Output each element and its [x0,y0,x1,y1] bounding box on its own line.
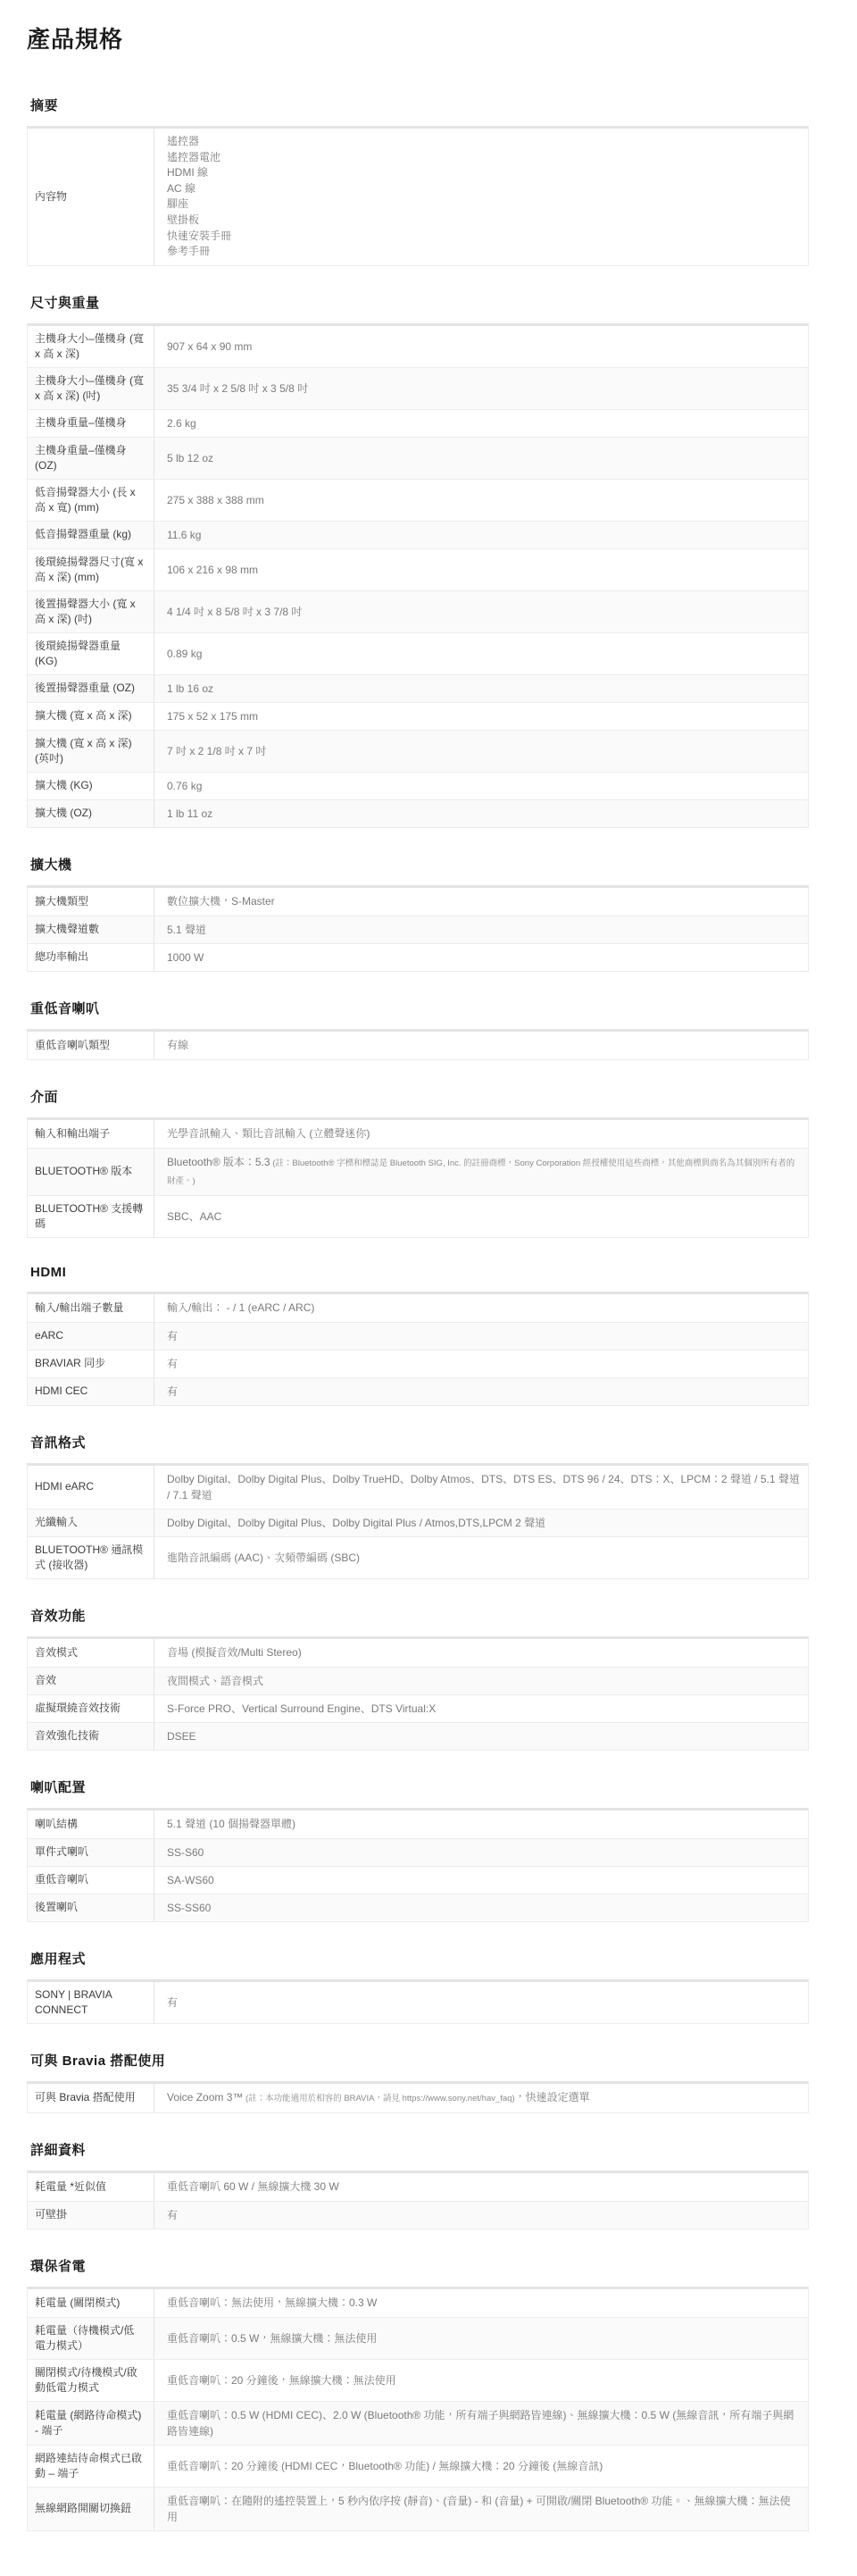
spec-value: Dolby Digital、Dolby Digital Plus、Dolby D… [167,1515,801,1531]
spec-label-cell: 主機身大小–僅機身 (寬 x 高 x 深) [28,326,154,367]
spec-value-cell: 數位擴大機，S-Master [154,888,808,916]
spec-label: 擴大機 (KG) [35,778,145,793]
spec-value-cell: Bluetooth® 版本：5.3 (註：Bluetooth® 字標和標誌是 B… [154,1149,808,1195]
spec-row: 低音揚聲器重量 (kg) 11.6 kg [28,521,808,548]
spec-row: 擴大機 (寬 x 高 x 深) (英吋) 7 吋 x 2 1/8 吋 x 7 吋 [28,730,808,772]
spec-label-cell: 重低音喇叭類型 [28,1032,154,1059]
spec-row: eARC 有 [28,1322,808,1350]
spec-label: 喇叭結構 [35,1817,145,1832]
spec-row: 總功率輸出 1000 W [28,943,808,971]
spec-label: SONY | BRAVIA CONNECT [35,1987,145,2018]
spec-value: 1000 W [167,949,801,966]
spec-label-cell: 擴大機 (寬 x 高 x 深) (英吋) [28,731,154,772]
spec-value-cell: 有線 [154,1032,808,1059]
section-title: 擴大機 [30,855,809,874]
spec-label-cell: 擴大機 (KG) [28,773,154,799]
spec-label-cell: 後環繞揚聲器尺寸(寬 x 高 x 深) (mm) [28,549,154,590]
spec-section: 詳細資料 耗電量 *近似值 重低音喇叭 60 W / 無線擴大機 30 W 可壁… [27,2140,809,2229]
spec-value-cell: 1 lb 11 oz [154,800,808,827]
spec-section: 擴大機 擴大機類型 數位擴大機，S-Master 擴大機聲道數 5.1 聲道 總… [27,855,809,972]
spec-row: BLUETOOTH® 通訊模式 (接收器) 進階音訊編碼 (AAC)、次頻帶編碼… [28,1536,808,1578]
spec-label-cell: 可與 Bravia 搭配使用 [28,2084,154,2112]
spec-value-cell: 重低音喇叭：20 分鐘後，無線擴大機：無法使用 [154,2360,808,2401]
spec-value: 重低音喇叭：0.5 W，無線擴大機：無法使用 [167,2330,801,2346]
spec-label: 擴大機類型 [35,894,145,909]
spec-label: 輸入和輸出端子 [35,1126,145,1142]
spec-value-line: 腳座 [167,197,801,213]
spec-value-cell: 106 x 216 x 98 mm [154,549,808,590]
spec-label: 輸入/輸出端子數量 [35,1301,145,1316]
spec-value: 數位擴大機，S-Master [167,893,801,909]
spec-value: SBC、AAC [167,1209,801,1225]
spec-label: 後環繞揚聲器尺寸(寬 x 高 x 深) (mm) [35,555,145,585]
spec-label-cell: 後環繞揚聲器重量 (KG) [28,633,154,674]
spec-value-cell: 重低音喇叭：無法使用，無線擴大機：0.3 W [154,2289,808,2317]
spec-row: 主機身大小–僅機身 (寬 x 高 x 深) 907 x 64 x 90 mm [28,326,808,367]
spec-value-cell: Dolby Digital、Dolby Digital Plus、Dolby D… [154,1510,808,1536]
spec-label-cell: 總功率輸出 [28,944,154,971]
spec-footnote: (註：本功能適用於相容的 BRAVIA，請見 https://www.sony.… [243,2094,514,2103]
spec-label: 主機身大小–僅機身 (寬 x 高 x 深) [35,331,145,362]
spec-value: 2.6 kg [167,415,801,431]
spec-row: 擴大機 (寬 x 高 x 深) 175 x 52 x 175 mm [28,702,808,730]
page-title: 產品規格 [27,21,809,54]
spec-value: 11.6 kg [167,527,801,543]
spec-table: 可與 Bravia 搭配使用 Voice Zoom 3™ (註：本功能適用於相容… [27,2081,809,2113]
spec-row: HDMI eARC Dolby Digital、Dolby Digital Pl… [28,1466,808,1509]
spec-label-cell: 虛擬環繞音效技術 [28,1695,154,1722]
spec-value-cell: 5 lb 12 oz [154,438,808,479]
spec-value: 有 [167,2207,801,2223]
spec-value: 106 x 216 x 98 mm [167,562,801,578]
spec-value: 1 lb 16 oz [167,681,801,697]
spec-value: Bluetooth® 版本：5.3 (註：Bluetooth® 字標和標誌是 B… [167,1154,801,1190]
spec-value: 5 lb 12 oz [167,450,801,466]
spec-label-cell: 輸入/輸出端子數量 [28,1294,154,1322]
spec-label: 主機身大小–僅機身 (寬 x 高 x 深) (吋) [35,373,145,404]
spec-value: 有線 [167,1037,801,1053]
spec-value-cell: 275 x 388 x 388 mm [154,480,808,521]
spec-label-cell: BLUETOOTH® 版本 [28,1149,154,1195]
spec-value: S-Force PRO、Vertical Surround Engine、DTS… [167,1701,801,1717]
spec-table: 內容物 遙控器遙控器電池HDMI 線AC 線腳座壁掛板快速安裝手冊參考手冊 [27,126,809,266]
spec-value-cell: 7 吋 x 2 1/8 吋 x 7 吋 [154,731,808,772]
spec-value-cell: 重低音喇叭：在隨附的遙控裝置上，5 秒內依序按 (靜音)、(音量) - 和 (音… [154,2488,808,2530]
spec-value-cell: 5.1 聲道 (10 個揚聲器單體) [154,1811,808,1838]
spec-row: 主機身重量–僅機身 2.6 kg [28,409,808,437]
spec-value-cell: 有 [154,1323,808,1350]
spec-section: 音訊格式 HDMI eARC Dolby Digital、Dolby Digit… [27,1433,809,1579]
spec-value: 重低音喇叭：20 分鐘後，無線擴大機：無法使用 [167,2372,801,2388]
spec-value: 光學音訊輸入、類比音訊輸入 (立體聲迷你) [167,1125,801,1142]
spec-table: 重低音喇叭類型 有線 [27,1029,809,1060]
spec-value-cell: 重低音喇叭：0.5 W，無線擴大機：無法使用 [154,2318,808,2359]
spec-section: 喇叭配置 喇叭結構 5.1 聲道 (10 個揚聲器單體) 單件式喇叭 SS-S6… [27,1777,809,1922]
spec-label: BLUETOOTH® 通訊模式 (接收器) [35,1543,145,1573]
spec-label: 低音揚聲器大小 (長 x 高 x 寬) (mm) [35,485,145,515]
spec-label-cell: 耗電量 (關閉模式) [28,2289,154,2317]
spec-label: 音效 [35,1673,145,1688]
spec-value-cell: 有 [154,1982,808,2023]
spec-value-cell: SA-WS60 [154,1867,808,1894]
spec-section: 應用程式 SONY | BRAVIA CONNECT 有 [27,1949,809,2024]
spec-value-cell: 0.89 kg [154,633,808,674]
spec-label: 擴大機 (寬 x 高 x 深) (英吋) [35,736,145,766]
spec-label-cell: BLUETOOTH® 支援轉碼 [28,1196,154,1237]
spec-row: 耗電量 (網路待命模式) - 端子 重低音喇叭：0.5 W (HDMI CEC)… [28,2401,808,2445]
spec-value: SA-WS60 [167,1872,801,1888]
spec-label: 光纖輸入 [35,1515,145,1530]
spec-label: 擴大機 (寬 x 高 x 深) [35,708,145,723]
spec-row: 單件式喇叭 SS-S60 [28,1838,808,1866]
spec-label: 後置揚聲器大小 (寬 x 高 x 深) (吋) [35,597,145,627]
spec-label: 低音揚聲器重量 (kg) [35,527,145,542]
spec-row: 重低音喇叭 SA-WS60 [28,1866,808,1894]
spec-value-cell: Voice Zoom 3™ (註：本功能適用於相容的 BRAVIA，請見 htt… [154,2084,808,2112]
section-title: 介面 [30,1087,809,1106]
spec-value: 音場 (模擬音效/Multi Stereo) [167,1644,801,1660]
spec-value: 5.1 聲道 [167,922,801,938]
spec-label-cell: 擴大機類型 [28,888,154,916]
spec-table: SONY | BRAVIA CONNECT 有 [27,1979,809,2024]
spec-label: 總功率輸出 [35,949,145,965]
spec-value: 1 lb 11 oz [167,806,801,822]
spec-value: 35 3/4 吋 x 2 5/8 吋 x 3 5/8 吋 [167,381,801,397]
spec-table: 擴大機類型 數位擴大機，S-Master 擴大機聲道數 5.1 聲道 總功率輸出… [27,885,809,972]
spec-row: 音效模式 音場 (模擬音效/Multi Stereo) [28,1639,808,1667]
spec-value: DSEE [167,1728,801,1744]
spec-label: 後環繞揚聲器重量 (KG) [35,639,145,669]
spec-row: 低音揚聲器大小 (長 x 高 x 寬) (mm) 275 x 388 x 388… [28,479,808,521]
spec-value-cell: 重低音喇叭：20 分鐘後 (HDMI CEC，Bluetooth® 功能) / … [154,2446,808,2487]
spec-value: 輸入/輸出： - / 1 (eARC / ARC) [167,1300,801,1316]
spec-section: 尺寸與重量 主機身大小–僅機身 (寬 x 高 x 深) 907 x 64 x 9… [27,293,809,828]
spec-value-cell: 遙控器遙控器電池HDMI 線AC 線腳座壁掛板快速安裝手冊參考手冊 [154,129,808,265]
spec-value-line: AC 線 [167,181,801,197]
spec-label: 重低音喇叭 [35,1872,145,1887]
spec-value: 有 [167,1995,801,2011]
spec-label-cell: 擴大機 (OZ) [28,800,154,827]
spec-label-cell: HDMI eARC [28,1466,154,1509]
spec-value-line: 壁掛板 [167,213,801,229]
spec-label: 主機身重量–僅機身 [35,415,145,431]
spec-label: 耗電量 (網路待命模式) - 端子 [35,2408,145,2438]
spec-label-cell: 主機身大小–僅機身 (寬 x 高 x 深) (吋) [28,368,154,409]
spec-value-line: HDMI 線 [167,165,801,181]
spec-label: 耗電量 *近似值 [35,2179,145,2195]
spec-section: 可與 Bravia 搭配使用 可與 Bravia 搭配使用 Voice Zoom… [27,2051,809,2113]
spec-row: 耗電量（待機模式/低電力模式） 重低音喇叭：0.5 W，無線擴大機：無法使用 [28,2317,808,2359]
spec-row: 後環繞揚聲器尺寸(寬 x 高 x 深) (mm) 106 x 216 x 98 … [28,548,808,590]
spec-value-cell: DSEE [154,1723,808,1750]
section-title: 應用程式 [30,1949,809,1968]
spec-label-cell: 喇叭結構 [28,1811,154,1838]
spec-row: 耗電量 (關閉模式) 重低音喇叭：無法使用，無線擴大機：0.3 W [28,2289,808,2317]
spec-section: HDMI 輸入/輸出端子數量 輸入/輸出： - / 1 (eARC / ARC)… [27,1265,809,1406]
spec-value-cell: 光學音訊輸入、類比音訊輸入 (立體聲迷你) [154,1120,808,1148]
section-title: 尺寸與重量 [30,293,809,312]
spec-label-cell: 擴大機 (寬 x 高 x 深) [28,703,154,730]
spec-label-cell: 主機身重量–僅機身 [28,410,154,437]
spec-value-part: ，快速設定選單 [515,2091,590,2103]
spec-label-cell: 擴大機聲道數 [28,916,154,943]
spec-table: HDMI eARC Dolby Digital、Dolby Digital Pl… [27,1463,809,1579]
spec-value-cell: 夜間模式、語音模式 [154,1668,808,1694]
spec-row: 輸入/輸出端子數量 輸入/輸出： - / 1 (eARC / ARC) [28,1294,808,1322]
spec-label-cell: 低音揚聲器大小 (長 x 高 x 寬) (mm) [28,480,154,521]
spec-label: HDMI eARC [35,1479,145,1494]
spec-label: 耗電量（待機模式/低電力模式） [35,2323,145,2354]
spec-value: 重低音喇叭：無法使用，無線擴大機：0.3 W [167,2295,801,2311]
spec-value-cell: 4 1/4 吋 x 8 5/8 吋 x 3 7/8 吋 [154,591,808,632]
spec-value-cell: 2.6 kg [154,410,808,437]
spec-label-cell: 無線網路開關切換鈕 [28,2488,154,2530]
spec-value-cell: 有 [154,1351,808,1377]
spec-value: 5.1 聲道 (10 個揚聲器單體) [167,1816,801,1832]
spec-label: 音效模式 [35,1645,145,1660]
spec-value-cell: 907 x 64 x 90 mm [154,326,808,367]
spec-row: 後環繞揚聲器重量 (KG) 0.89 kg [28,632,808,674]
spec-row: 後置揚聲器大小 (寬 x 高 x 深) (吋) 4 1/4 吋 x 8 5/8 … [28,590,808,632]
spec-value-cell: 重低音喇叭 60 W / 無線擴大機 30 W [154,2173,808,2201]
section-title: 詳細資料 [30,2140,809,2159]
spec-value-cell: 輸入/輸出： - / 1 (eARC / ARC) [154,1294,808,1322]
spec-row: 音效 夜間模式、語音模式 [28,1667,808,1694]
spec-row: 網路連結待命模式已啟動 – 端子 重低音喇叭：20 分鐘後 (HDMI CEC，… [28,2445,808,2487]
spec-value: SS-SS60 [167,1900,801,1916]
spec-value: 0.76 kg [167,778,801,794]
product-spec-page: 產品規格 摘要 內容物 遙控器遙控器電池HDMI 線AC 線腳座壁掛板快速安裝手… [0,0,857,2576]
spec-table: 喇叭結構 5.1 聲道 (10 個揚聲器單體) 單件式喇叭 SS-S60 重低音… [27,1808,809,1922]
spec-section: 摘要 內容物 遙控器遙控器電池HDMI 線AC 線腳座壁掛板快速安裝手冊參考手冊 [27,96,809,266]
spec-value-cell: SS-S60 [154,1839,808,1866]
spec-row: 擴大機 (KG) 0.76 kg [28,772,808,799]
spec-row: 喇叭結構 5.1 聲道 (10 個揚聲器單體) [28,1811,808,1838]
spec-label-cell: eARC [28,1323,154,1350]
spec-label: 虛擬環繞音效技術 [35,1701,145,1716]
spec-label: eARC [35,1328,145,1343]
spec-row: 擴大機類型 數位擴大機，S-Master [28,888,808,916]
spec-value-cell: 0.76 kg [154,773,808,799]
spec-table: 耗電量 *近似值 重低音喇叭 60 W / 無線擴大機 30 W 可壁掛 有 [27,2170,809,2229]
section-title: 摘要 [30,96,809,114]
section-title: 音效功能 [30,1606,809,1625]
spec-row: 可與 Bravia 搭配使用 Voice Zoom 3™ (註：本功能適用於相容… [28,2084,808,2112]
spec-label-cell: 網路連結待命模式已啟動 – 端子 [28,2446,154,2487]
spec-row: 虛擬環繞音效技術 S-Force PRO、Vertical Surround E… [28,1694,808,1722]
spec-value: 重低音喇叭：0.5 W (HDMI CEC)、2.0 W (Bluetooth®… [167,2407,801,2439]
spec-row: 擴大機 (OZ) 1 lb 11 oz [28,799,808,827]
spec-row: BLUETOOTH® 版本 Bluetooth® 版本：5.3 (註：Bluet… [28,1148,808,1195]
spec-row: HDMI CEC 有 [28,1377,808,1405]
spec-table: 音效模式 音場 (模擬音效/Multi Stereo) 音效 夜間模式、語音模式… [27,1636,809,1751]
spec-label-cell: 後置喇叭 [28,1894,154,1921]
spec-row: 關閉模式/待機模式/啟動低電力模式 重低音喇叭：20 分鐘後，無線擴大機：無法使… [28,2359,808,2401]
spec-label-cell: 輸入和輸出端子 [28,1120,154,1148]
spec-value: 有 [167,1356,801,1372]
spec-row: 耗電量 *近似值 重低音喇叭 60 W / 無線擴大機 30 W [28,2173,808,2201]
spec-table: 主機身大小–僅機身 (寬 x 高 x 深) 907 x 64 x 90 mm 主… [27,323,809,828]
spec-label-cell: 後置揚聲器重量 (OZ) [28,675,154,702]
spec-value-cell: SS-SS60 [154,1894,808,1921]
spec-value: Voice Zoom 3™ (註：本功能適用於相容的 BRAVIA，請見 htt… [167,2089,801,2107]
section-title: 喇叭配置 [30,1777,809,1796]
spec-row: BLUETOOTH® 支援轉碼 SBC、AAC [28,1195,808,1237]
spec-value: 4 1/4 吋 x 8 5/8 吋 x 3 7/8 吋 [167,604,801,620]
spec-value: 0.89 kg [167,646,801,662]
spec-label-cell: 音效強化技術 [28,1723,154,1750]
spec-table: 輸入和輸出端子 光學音訊輸入、類比音訊輸入 (立體聲迷你) BLUETOOTH®… [27,1117,809,1238]
spec-label-cell: 內容物 [28,129,154,265]
spec-value: 重低音喇叭：在隨附的遙控裝置上，5 秒內依序按 (靜音)、(音量) - 和 (音… [167,2493,801,2525]
spec-table: 輸入/輸出端子數量 輸入/輸出： - / 1 (eARC / ARC) eARC… [27,1292,809,1406]
spec-value-cell: 有 [154,1378,808,1405]
spec-label-cell: 耗電量 *近似值 [28,2173,154,2201]
spec-value-cell: 音場 (模擬音效/Multi Stereo) [154,1639,808,1667]
spec-label-cell: 耗電量（待機模式/低電力模式） [28,2318,154,2359]
spec-value-cell: 35 3/4 吋 x 2 5/8 吋 x 3 5/8 吋 [154,368,808,409]
spec-label: 可與 Bravia 搭配使用 [35,2090,145,2105]
spec-value: 重低音喇叭：20 分鐘後 (HDMI CEC，Bluetooth® 功能) / … [167,2458,801,2474]
spec-value-cell: 重低音喇叭：0.5 W (HDMI CEC)、2.0 W (Bluetooth®… [154,2402,808,2445]
spec-value-cell: 5.1 聲道 [154,916,808,943]
section-title: 可與 Bravia 搭配使用 [30,2051,809,2070]
spec-label: BRAVIAR 同步 [35,1356,145,1371]
spec-value-line: 遙控器 [167,134,801,150]
sections-container: 摘要 內容物 遙控器遙控器電池HDMI 線AC 線腳座壁掛板快速安裝手冊參考手冊… [27,96,809,2531]
spec-label: 擴大機 (OZ) [35,806,145,821]
spec-label: 無線網路開關切換鈕 [35,2501,145,2516]
spec-label-cell: BLUETOOTH® 通訊模式 (接收器) [28,1537,154,1578]
spec-label: 網路連結待命模式已啟動 – 端子 [35,2451,145,2481]
spec-label: 關閉模式/待機模式/啟動低電力模式 [35,2365,145,2396]
spec-row: 主機身重量–僅機身 (OZ) 5 lb 12 oz [28,437,808,479]
spec-label-cell: SONY | BRAVIA CONNECT [28,1982,154,2023]
spec-label: 音效強化技術 [35,1728,145,1744]
spec-value-line: 遙控器電池 [167,150,801,166]
spec-label: 後置揚聲器重量 (OZ) [35,681,145,696]
spec-row: 輸入和輸出端子 光學音訊輸入、類比音訊輸入 (立體聲迷你) [28,1120,808,1148]
spec-label-cell: 音效模式 [28,1639,154,1667]
spec-label: 耗電量 (關閉模式) [35,2296,145,2311]
spec-value-cell: 有 [154,2202,808,2229]
spec-label: 內容物 [35,189,145,205]
section-title: HDMI [30,1265,809,1280]
section-title: 重低音喇叭 [30,999,809,1017]
spec-label-cell: 可壁掛 [28,2202,154,2229]
spec-section: 重低音喇叭 重低音喇叭類型 有線 [27,999,809,1060]
spec-label-cell: 單件式喇叭 [28,1839,154,1866]
spec-label-cell: 重低音喇叭 [28,1867,154,1894]
spec-row: 重低音喇叭類型 有線 [28,1032,808,1059]
spec-value: 進階音訊編碼 (AAC)、次頻帶編碼 (SBC) [167,1550,801,1566]
spec-label-cell: 後置揚聲器大小 (寬 x 高 x 深) (吋) [28,591,154,632]
spec-value-part: Bluetooth® 版本：5.3 [167,1156,270,1168]
spec-value-line: 參考手冊 [167,244,801,260]
section-title: 音訊格式 [30,1433,809,1451]
spec-value: 重低音喇叭 60 W / 無線擴大機 30 W [167,2179,801,2195]
spec-row: 可壁掛 有 [28,2201,808,2229]
spec-section: 介面 輸入和輸出端子 光學音訊輸入、類比音訊輸入 (立體聲迷你) BLUETOO… [27,1087,809,1238]
spec-value-cell: S-Force PRO、Vertical Surround Engine、DTS… [154,1695,808,1722]
spec-label: BLUETOOTH® 版本 [35,1164,145,1179]
spec-row: 後置喇叭 SS-SS60 [28,1894,808,1921]
spec-row: SONY | BRAVIA CONNECT 有 [28,1982,808,2023]
spec-value-cell: 進階音訊編碼 (AAC)、次頻帶編碼 (SBC) [154,1537,808,1578]
spec-row: 音效強化技術 DSEE [28,1722,808,1750]
spec-label: 可壁掛 [35,2207,145,2222]
spec-value-cell: SBC、AAC [154,1196,808,1237]
spec-label-cell: BRAVIAR 同步 [28,1351,154,1377]
spec-value: Dolby Digital、Dolby Digital Plus、Dolby T… [167,1471,801,1503]
spec-label: HDMI CEC [35,1384,145,1399]
spec-label-cell: 耗電量 (網路待命模式) - 端子 [28,2402,154,2445]
spec-label: 單件式喇叭 [35,1844,145,1860]
spec-value-line: 快速安裝手冊 [167,229,801,245]
spec-table: 耗電量 (關閉模式) 重低音喇叭：無法使用，無線擴大機：0.3 W 耗電量（待機… [27,2287,809,2531]
spec-value: 175 x 52 x 175 mm [167,708,801,724]
spec-label: 重低音喇叭類型 [35,1038,145,1053]
spec-value: 夜間模式、語音模式 [167,1673,801,1689]
spec-section: 環保省電 耗電量 (關閉模式) 重低音喇叭：無法使用，無線擴大機：0.3 W 耗… [27,2256,809,2531]
spec-label-cell: HDMI CEC [28,1378,154,1405]
spec-value: 有 [167,1328,801,1344]
spec-section: 音效功能 音效模式 音場 (模擬音效/Multi Stereo) 音效 夜間模式… [27,1606,809,1751]
spec-row: 擴大機聲道數 5.1 聲道 [28,916,808,943]
spec-label: 後置喇叭 [35,1900,145,1915]
spec-value-cell: 11.6 kg [154,522,808,548]
spec-value: 有 [167,1384,801,1400]
spec-value: 907 x 64 x 90 mm [167,339,801,355]
spec-value: SS-S60 [167,1844,801,1861]
spec-row: 內容物 遙控器遙控器電池HDMI 線AC 線腳座壁掛板快速安裝手冊參考手冊 [28,129,808,265]
spec-label: 擴大機聲道數 [35,922,145,937]
spec-value: 275 x 388 x 388 mm [167,492,801,508]
spec-value-cell: 175 x 52 x 175 mm [154,703,808,730]
spec-row: 光纖輸入 Dolby Digital、Dolby Digital Plus、Do… [28,1509,808,1536]
spec-label-cell: 音效 [28,1668,154,1694]
spec-label: 主機身重量–僅機身 (OZ) [35,443,145,473]
spec-label-cell: 低音揚聲器重量 (kg) [28,522,154,548]
spec-row: BRAVIAR 同步 有 [28,1350,808,1377]
spec-row: 後置揚聲器重量 (OZ) 1 lb 16 oz [28,674,808,702]
spec-value-cell: 1000 W [154,944,808,971]
section-title: 環保省電 [30,2256,809,2275]
spec-row: 無線網路開關切換鈕 重低音喇叭：在隨附的遙控裝置上，5 秒內依序按 (靜音)、(… [28,2487,808,2530]
spec-label-cell: 主機身重量–僅機身 (OZ) [28,438,154,479]
spec-value-cell: Dolby Digital、Dolby Digital Plus、Dolby T… [154,1466,808,1509]
spec-value-part: Voice Zoom 3™ [167,2091,243,2103]
spec-value-cell: 1 lb 16 oz [154,675,808,702]
spec-label: BLUETOOTH® 支援轉碼 [35,1201,145,1232]
spec-value: 7 吋 x 2 1/8 吋 x 7 吋 [167,743,801,759]
spec-label-cell: 關閉模式/待機模式/啟動低電力模式 [28,2360,154,2401]
spec-label-cell: 光纖輸入 [28,1510,154,1536]
spec-row: 主機身大小–僅機身 (寬 x 高 x 深) (吋) 35 3/4 吋 x 2 5… [28,367,808,409]
